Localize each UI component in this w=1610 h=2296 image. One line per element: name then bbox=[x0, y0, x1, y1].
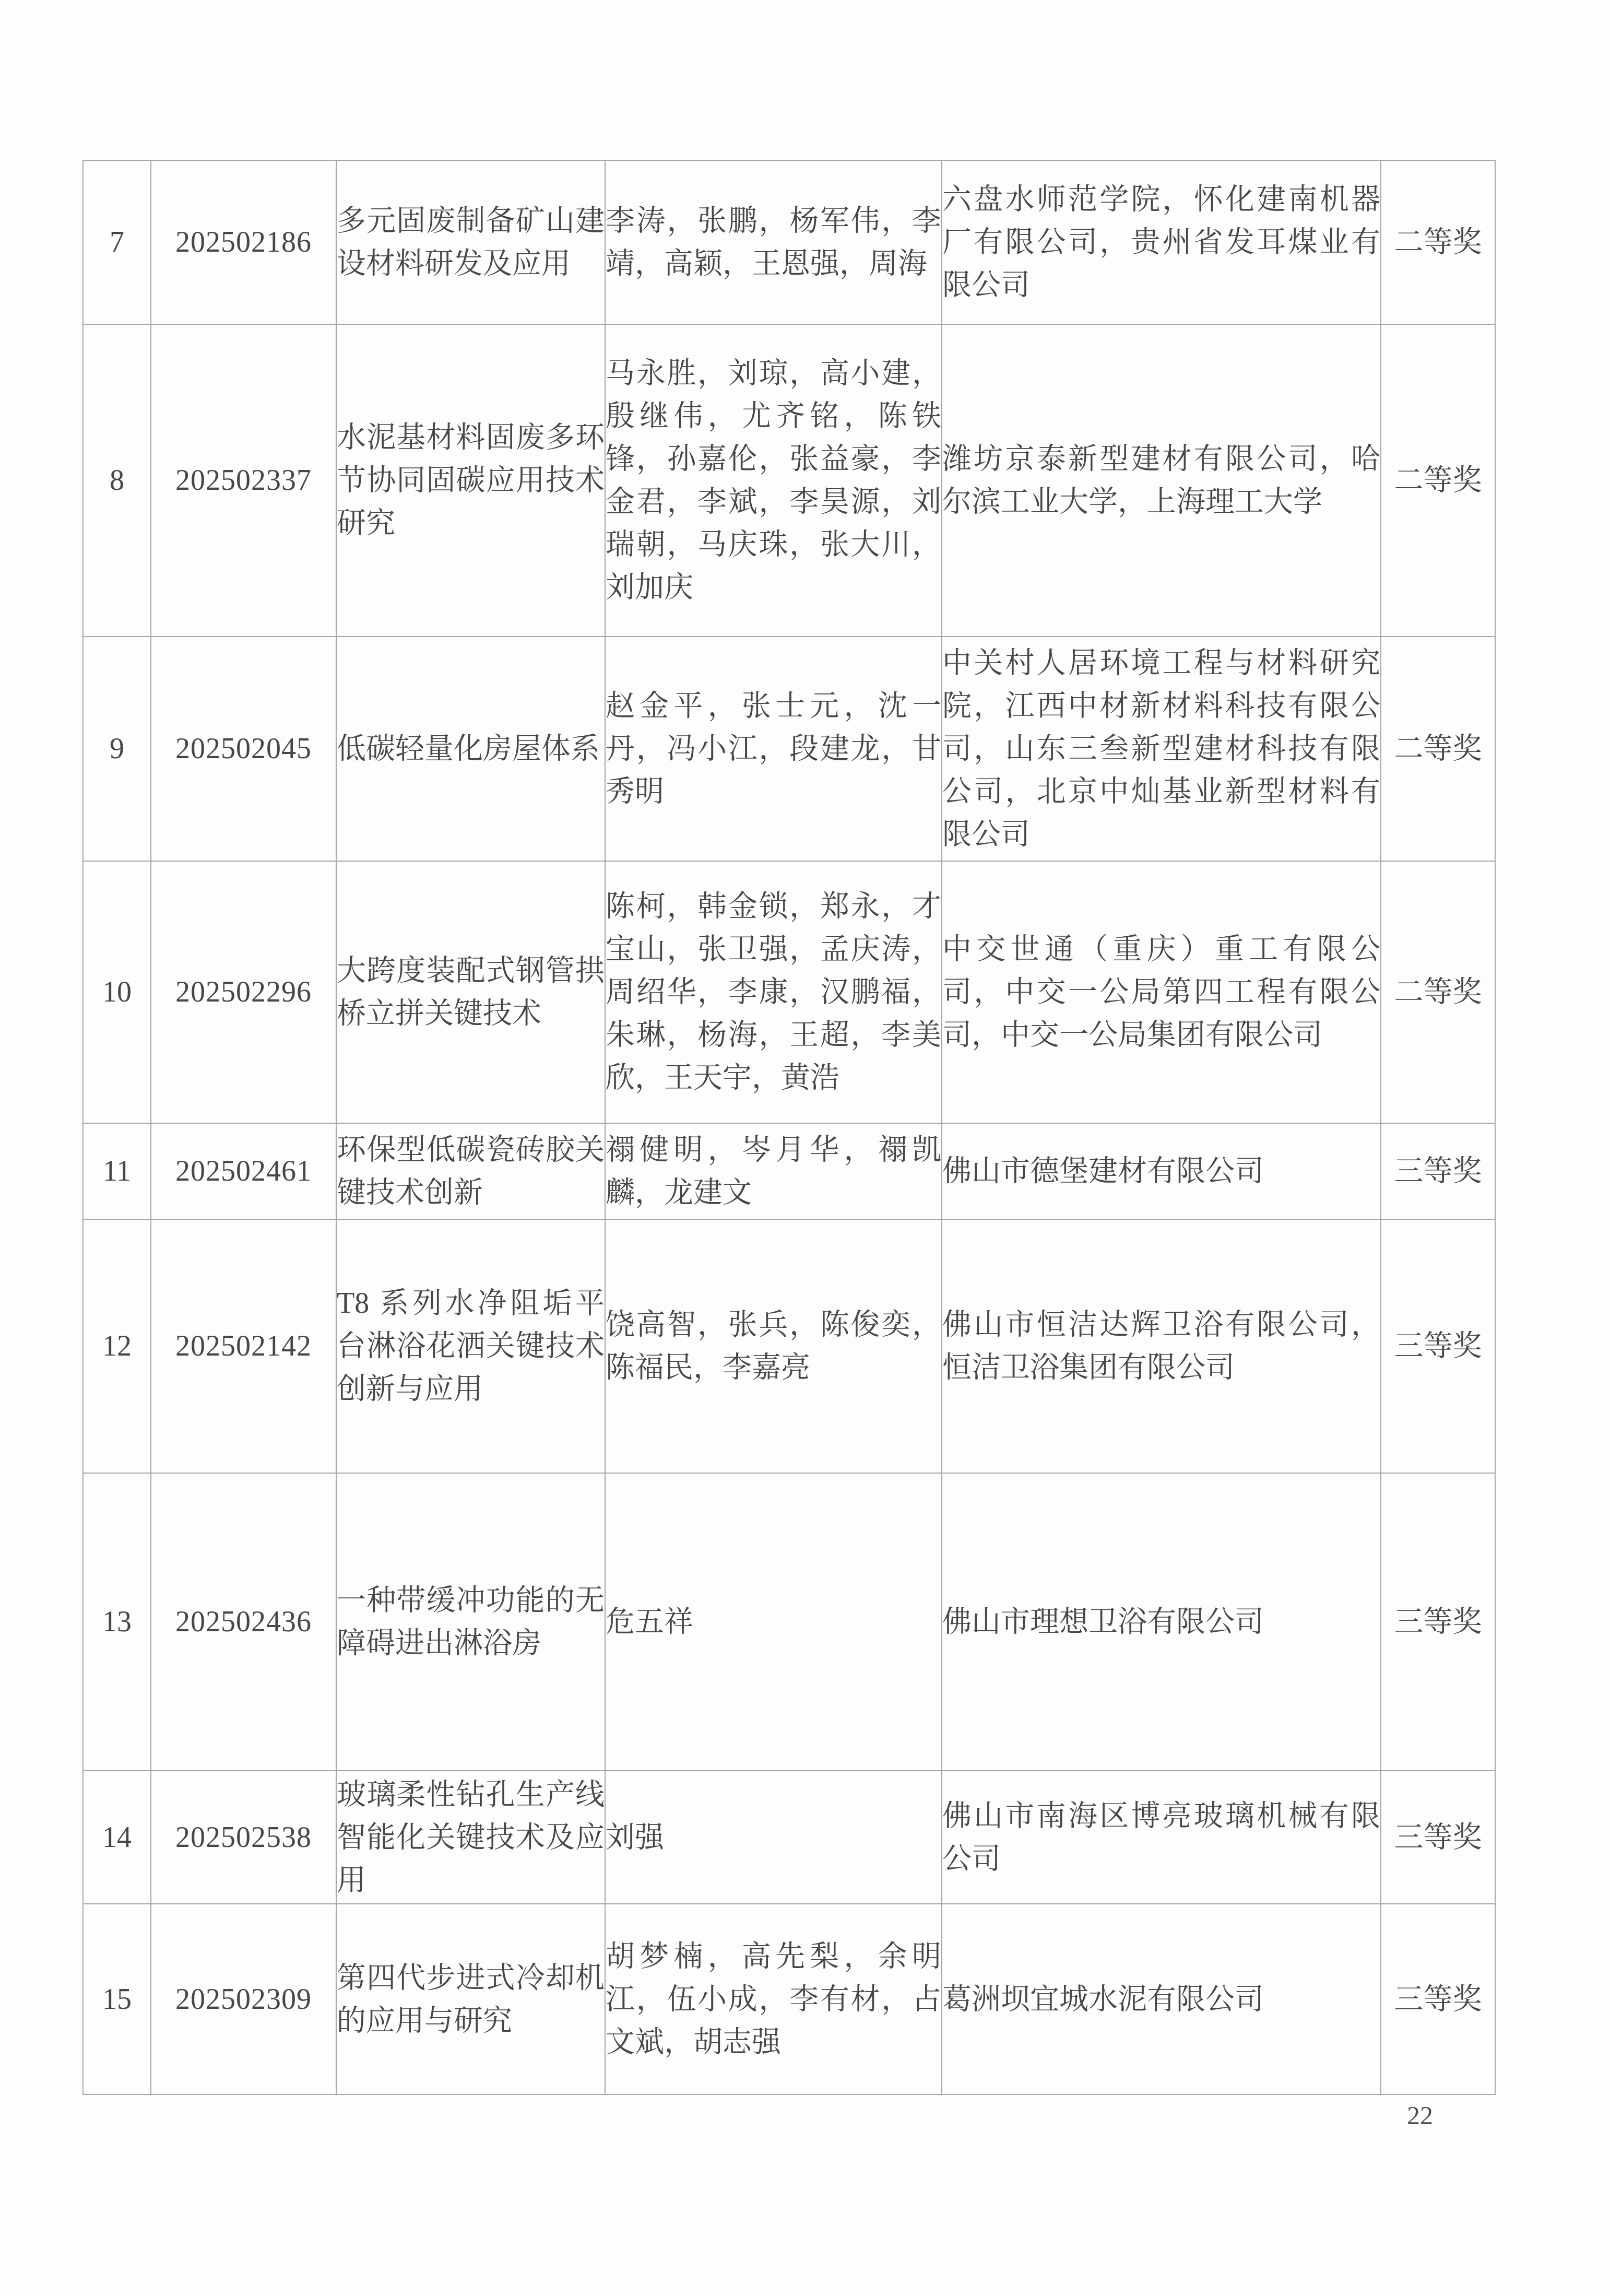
awards-table: 7 202502186 多元固废制备矿山建设材料研发及应用 李涛，张鹏，杨军伟，… bbox=[82, 160, 1496, 2095]
award-level-cell: 二等奖 bbox=[1381, 160, 1495, 324]
project-id-cell: 202502337 bbox=[151, 324, 336, 637]
organizations-cell: 葛洲坝宜城水泥有限公司 bbox=[942, 1904, 1381, 2094]
scanned-document-page: 7 202502186 多元固废制备矿山建设材料研发及应用 李涛，张鹏，杨军伟，… bbox=[0, 0, 1610, 2296]
team-members-cell: 李涛，张鹏，杨军伟，李靖，高颖，王恩强，周海 bbox=[605, 160, 942, 324]
team-members-cell: 赵金平，张士元，沈一丹，冯小江，段建龙，甘秀明 bbox=[605, 637, 942, 861]
table-row: 13 202502436 一种带缓冲功能的无障碍进出淋浴房 危五祥 佛山市理想卫… bbox=[83, 1473, 1495, 1771]
award-level-cell: 三等奖 bbox=[1381, 1904, 1495, 2094]
row-number-cell: 11 bbox=[83, 1123, 151, 1219]
table-row: 10 202502296 大跨度装配式钢管拱桥立拼关键技术 陈柯，韩金锁，郑永，… bbox=[83, 861, 1495, 1123]
table-row: 12 202502142 T8 系列水净阻垢平台淋浴花洒关键技术创新与应用 饶高… bbox=[83, 1219, 1495, 1473]
award-level-cell: 二等奖 bbox=[1381, 324, 1495, 637]
award-level-cell: 二等奖 bbox=[1381, 861, 1495, 1123]
row-number-cell: 10 bbox=[83, 861, 151, 1123]
award-level-cell: 二等奖 bbox=[1381, 637, 1495, 861]
team-members-cell: 马永胜，刘琼，高小建，殷继伟，尤齐铭，陈铁锋，孙嘉伦，张益豪，李金君，李斌，李昊… bbox=[605, 324, 942, 637]
team-members-cell: 饶高智，张兵，陈俊奕，陈福民，李嘉亮 bbox=[605, 1219, 942, 1473]
project-title-cell: T8 系列水净阻垢平台淋浴花洒关键技术创新与应用 bbox=[336, 1219, 605, 1473]
project-id-cell: 202502309 bbox=[151, 1904, 336, 2094]
project-id-cell: 202502296 bbox=[151, 861, 336, 1123]
organizations-cell: 六盘水师范学院，怀化建南机器厂有限公司，贵州省发耳煤业有限公司 bbox=[942, 160, 1381, 324]
organizations-cell: 潍坊京泰新型建材有限公司，哈尔滨工业大学，上海理工大学 bbox=[942, 324, 1381, 637]
project-title-cell: 水泥基材料固废多环节协同固碳应用技术研究 bbox=[336, 324, 605, 637]
award-level-cell: 三等奖 bbox=[1381, 1123, 1495, 1219]
organizations-cell: 佛山市南海区博亮玻璃机械有限公司 bbox=[942, 1771, 1381, 1904]
row-number-cell: 14 bbox=[83, 1771, 151, 1904]
project-title-cell: 低碳轻量化房屋体系 bbox=[336, 637, 605, 861]
row-number-cell: 8 bbox=[83, 324, 151, 637]
row-number-cell: 13 bbox=[83, 1473, 151, 1771]
organizations-cell: 中关村人居环境工程与材料研究院，江西中材新材料科技有限公司，山东三叁新型建材科技… bbox=[942, 637, 1381, 861]
team-members-cell: 胡梦楠，高先梨，余明江，伍小成，李有材，占文斌，胡志强 bbox=[605, 1904, 942, 2094]
team-members-cell: 陈柯，韩金锁，郑永，才宝山，张卫强，孟庆涛，周绍华，李康，汉鹏福，朱琳，杨海，王… bbox=[605, 861, 942, 1123]
project-title-cell: 环保型低碳瓷砖胶关键技术创新 bbox=[336, 1123, 605, 1219]
award-level-cell: 三等奖 bbox=[1381, 1473, 1495, 1771]
project-id-cell: 202502538 bbox=[151, 1771, 336, 1904]
project-id-cell: 202502186 bbox=[151, 160, 336, 324]
project-title-cell: 玻璃柔性钻孔生产线智能化关键技术及应用 bbox=[336, 1771, 605, 1904]
project-title-cell: 大跨度装配式钢管拱桥立拼关键技术 bbox=[336, 861, 605, 1123]
team-members-cell: 禤健明，岑月华，禤凯麟，龙建文 bbox=[605, 1123, 942, 1219]
page-number: 22 bbox=[1378, 2100, 1462, 2130]
project-id-cell: 202502045 bbox=[151, 637, 336, 861]
project-title-cell: 一种带缓冲功能的无障碍进出淋浴房 bbox=[336, 1473, 605, 1771]
row-number-cell: 7 bbox=[83, 160, 151, 324]
table-row: 11 202502461 环保型低碳瓷砖胶关键技术创新 禤健明，岑月华，禤凯麟，… bbox=[83, 1123, 1495, 1219]
project-id-cell: 202502461 bbox=[151, 1123, 336, 1219]
table-row: 7 202502186 多元固废制备矿山建设材料研发及应用 李涛，张鹏，杨军伟，… bbox=[83, 160, 1495, 324]
row-number-cell: 12 bbox=[83, 1219, 151, 1473]
organizations-cell: 佛山市恒洁达辉卫浴有限公司，恒洁卫浴集团有限公司 bbox=[942, 1219, 1381, 1473]
table-row: 9 202502045 低碳轻量化房屋体系 赵金平，张士元，沈一丹，冯小江，段建… bbox=[83, 637, 1495, 861]
project-id-cell: 202502142 bbox=[151, 1219, 336, 1473]
row-number-cell: 9 bbox=[83, 637, 151, 861]
award-level-cell: 三等奖 bbox=[1381, 1771, 1495, 1904]
award-level-cell: 三等奖 bbox=[1381, 1219, 1495, 1473]
organizations-cell: 佛山市理想卫浴有限公司 bbox=[942, 1473, 1381, 1771]
table-row: 14 202502538 玻璃柔性钻孔生产线智能化关键技术及应用 刘强 佛山市南… bbox=[83, 1771, 1495, 1904]
organizations-cell: 佛山市德堡建材有限公司 bbox=[942, 1123, 1381, 1219]
organizations-cell: 中交世通（重庆）重工有限公司，中交一公局第四工程有限公司，中交一公局集团有限公司 bbox=[942, 861, 1381, 1123]
team-members-cell: 危五祥 bbox=[605, 1473, 942, 1771]
project-id-cell: 202502436 bbox=[151, 1473, 336, 1771]
table-row: 15 202502309 第四代步进式冷却机的应用与研究 胡梦楠，高先梨，余明江… bbox=[83, 1904, 1495, 2094]
project-title-cell: 多元固废制备矿山建设材料研发及应用 bbox=[336, 160, 605, 324]
team-members-cell: 刘强 bbox=[605, 1771, 942, 1904]
row-number-cell: 15 bbox=[83, 1904, 151, 2094]
project-title-cell: 第四代步进式冷却机的应用与研究 bbox=[336, 1904, 605, 2094]
table-row: 8 202502337 水泥基材料固废多环节协同固碳应用技术研究 马永胜，刘琼，… bbox=[83, 324, 1495, 637]
